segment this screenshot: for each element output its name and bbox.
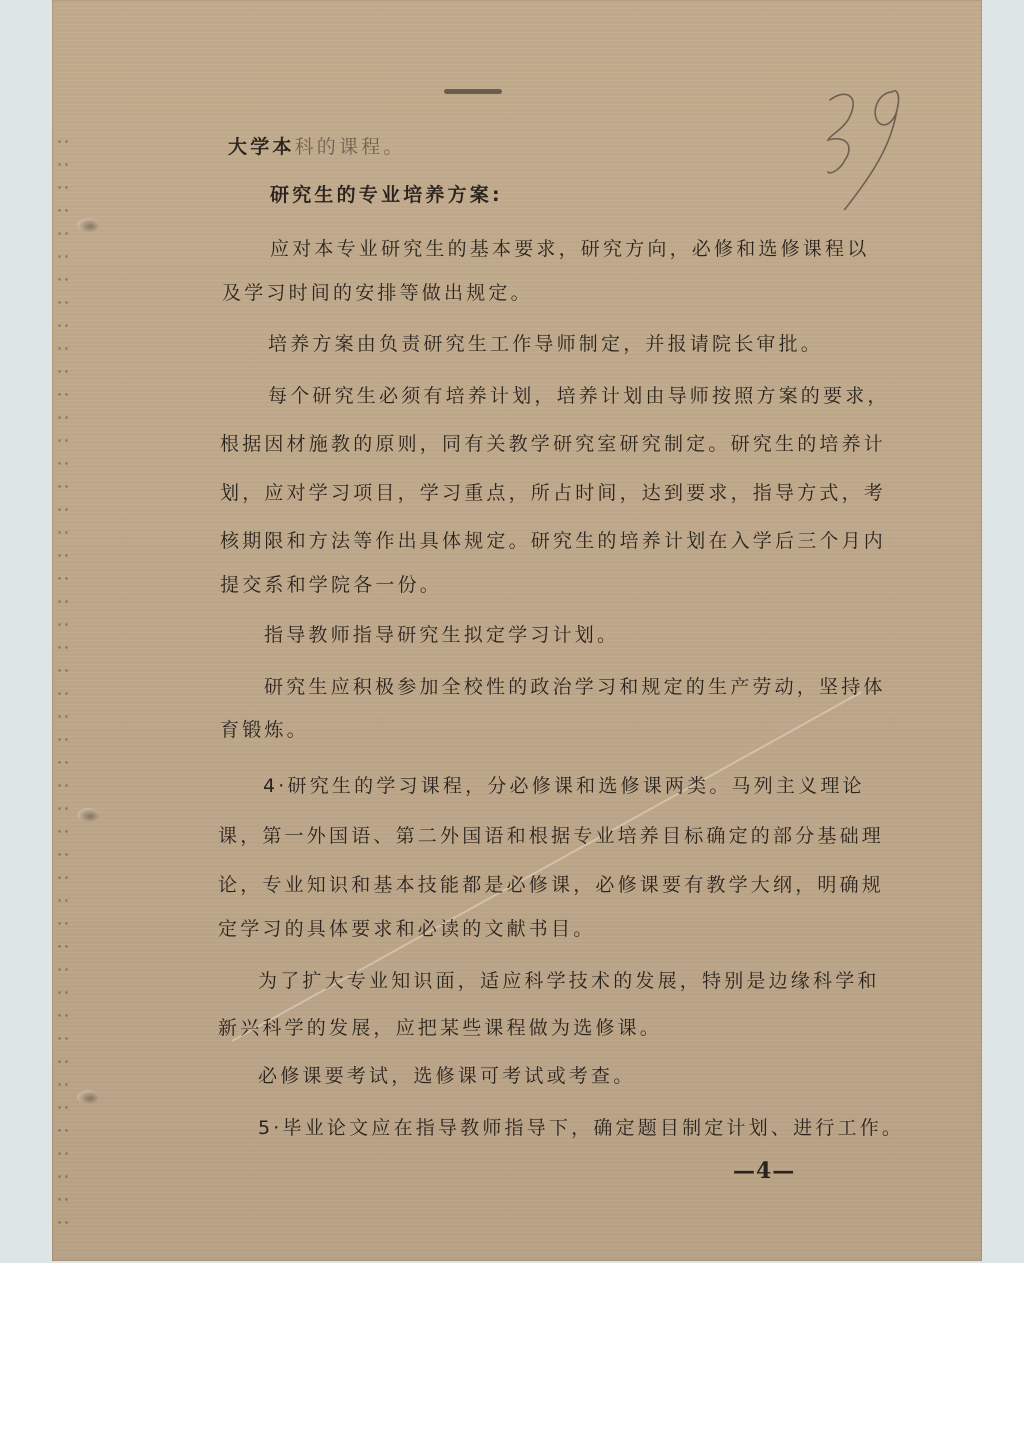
numbered-item-5: 5·毕业论文应在指导教师指导下，确定题目制定计划、进行工作。	[258, 1113, 904, 1140]
punch-hole-mark	[77, 808, 99, 822]
text-line: 应对本专业研究生的基本要求，研究方向，必修和选修课程以	[270, 234, 869, 261]
text-line: 根据因材施教的原则，同有关教学研究室研究制定。研究生的培养计	[220, 429, 886, 456]
text-line: 论，专业知识和基本技能都是必修课，必修课要有教学大纲，明确规	[218, 870, 884, 897]
numbered-item-4: 4·研究生的学习课程，分必修课和选修课两类。马列主义理论	[263, 771, 865, 798]
text-line: 课，第一外国语、第二外国语和根据专业培养目标确定的部分基础理	[218, 821, 884, 848]
punch-hole-mark	[77, 1090, 99, 1104]
text-line: 研究生应积极参加全校性的政治学习和规定的生产劳动，坚持体	[264, 672, 886, 699]
punch-hole-mark	[77, 218, 99, 232]
handwritten-folio-number	[800, 80, 910, 210]
line-0-head: 大学本	[228, 136, 295, 158]
line-0-faded-tail: 科的课程。	[295, 136, 406, 158]
text-line: 育锻炼。	[220, 715, 309, 742]
text-line: 指导教师指导研究生拟定学习计划。	[264, 620, 619, 647]
text-line: 定学习的具体要求和必读的文献书目。	[218, 914, 595, 941]
section-heading: 研究生的专业培养方案:	[270, 180, 503, 207]
text-line: 培养方案由负责研究生工作导师制定，并报请院长审批。	[268, 329, 823, 356]
top-dash-mark	[444, 89, 502, 94]
text-line: 为了扩大专业知识面，适应科学技术的发展，特别是边缘科学和	[258, 966, 880, 993]
binding-marks	[56, 130, 70, 1230]
text-line: 核期限和方法等作出具体规定。研究生的培养计划在入学后三个月内	[220, 526, 886, 553]
text-line: 新兴科学的发展，应把某些课程做为选修课。	[218, 1013, 662, 1040]
text-line: 必修课要考试，选修课可考试或考查。	[258, 1061, 635, 1088]
text-line-0: 大学本科的课程。	[228, 132, 406, 159]
page-number: —4—	[733, 1158, 795, 1184]
text-line: 提交系和学院各一份。	[220, 570, 442, 597]
text-line: 划，应对学习项目，学习重点，所占时间，达到要求，指导方式，考	[220, 478, 886, 505]
text-line: 及学习时间的安排等做出规定。	[222, 278, 533, 305]
text-line: 每个研究生必须有培养计划，培养计划由导师按照方案的要求，	[268, 381, 890, 408]
